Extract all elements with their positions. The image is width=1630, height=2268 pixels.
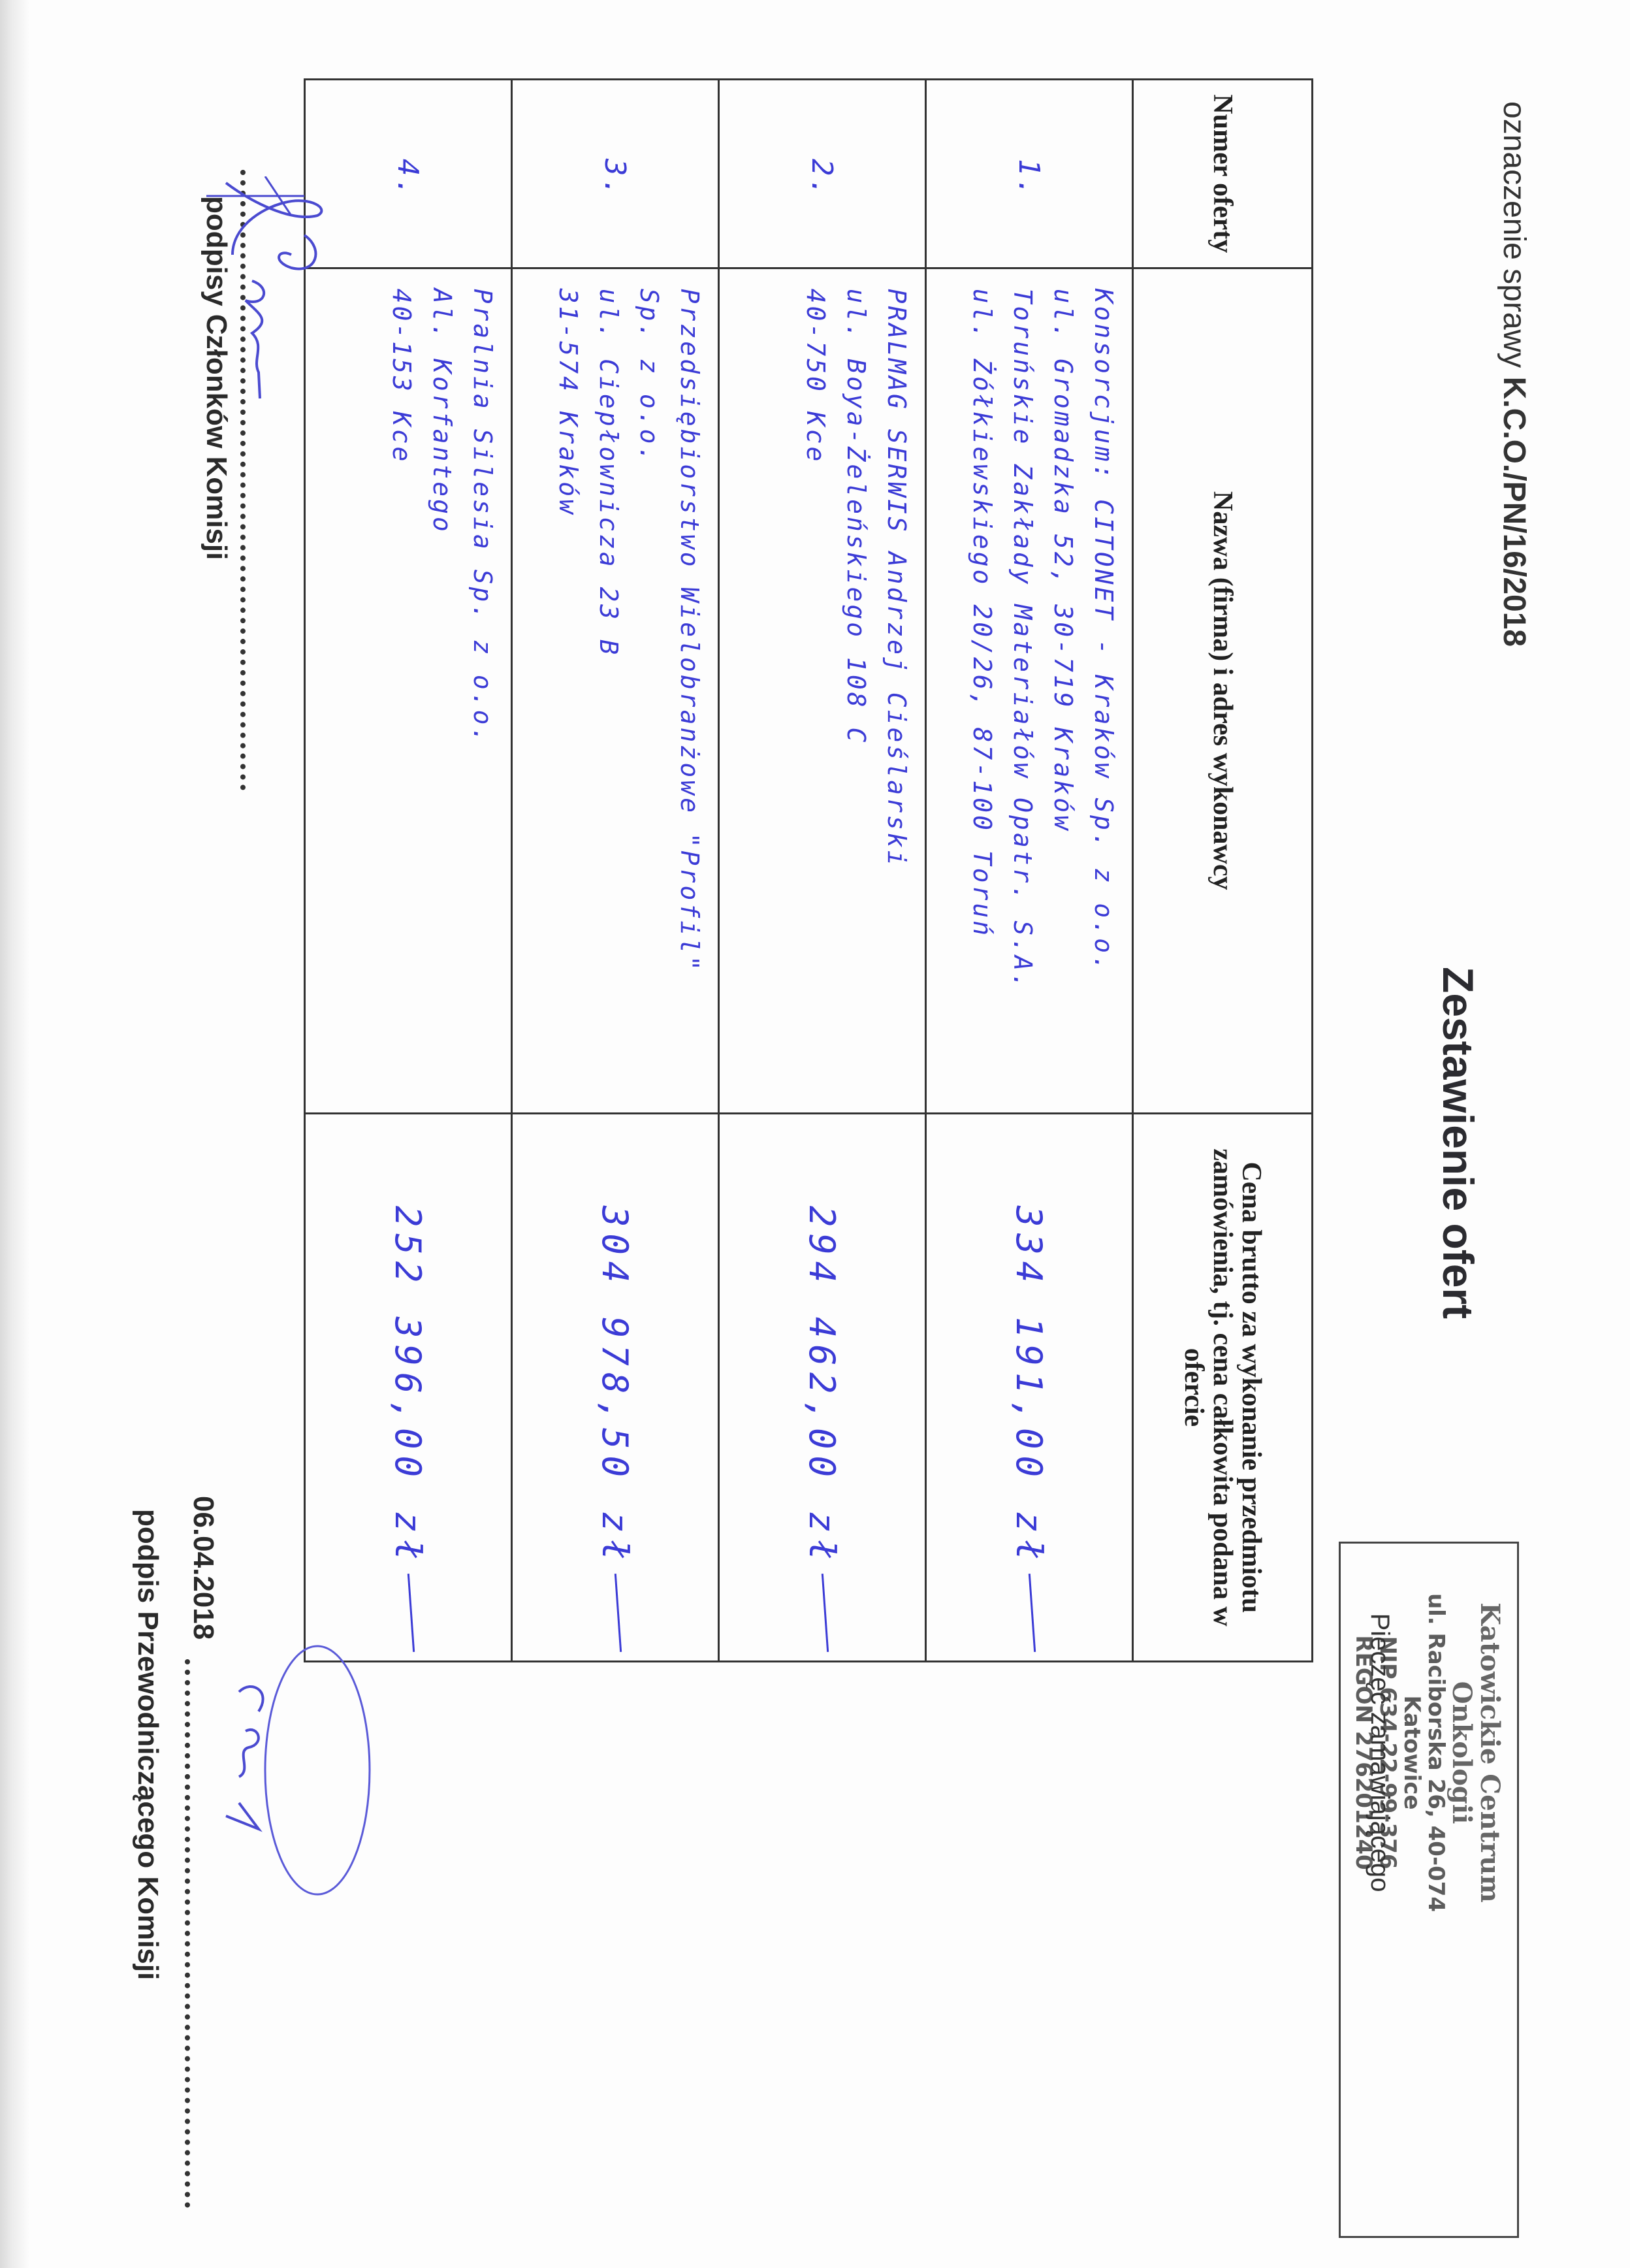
offer-number: 3. <box>512 80 719 268</box>
gross-price: 252 396,00 zł <box>305 1113 512 1661</box>
contractor-name-address: Przedsiębiorstwo Wielobranżowe "Profil"S… <box>512 268 719 1113</box>
gross-price: 304 978,50 zł <box>512 1113 719 1661</box>
case-reference: oznaczenie sprawy K.C.O./PN/16/2018 <box>1496 101 1532 647</box>
gross-price-value: 294 462,00 zł <box>802 1206 843 1567</box>
contractor-line: PRALMAG SERWIS Andrzej Cieślarski <box>876 289 917 1093</box>
gross-price-value: 252 396,00 zł <box>388 1206 429 1567</box>
signature-date: 06.04.2018 <box>187 1496 219 1640</box>
table-row: 2.PRALMAG SERWIS Andrzej Cieślarskiul. B… <box>719 80 926 1662</box>
gross-price-value: 334 191,00 zł <box>1009 1206 1050 1567</box>
contractor-name-address: PRALMAG SERWIS Andrzej Cieślarskiul. Boy… <box>719 268 926 1113</box>
price-underline <box>1029 1574 1036 1652</box>
members-signature-label: podpisy Członków Komisji <box>200 196 232 560</box>
contractor-name-address: Pralnia Silesia Sp. z o.o.Al. Korfantego… <box>305 268 512 1113</box>
price-underline <box>822 1574 829 1652</box>
document-page: oznaczenie sprawy K.C.O./PN/16/2018 Zest… <box>0 0 1630 2268</box>
table-row: 1.Konsorcjum: CITONET - Kraków Sp. z o.o… <box>926 80 1133 1662</box>
gross-price: 334 191,00 zł <box>926 1113 1133 1661</box>
chair-signature-icon <box>193 1620 389 1920</box>
contractor-line: ul. Boya-Żeleńskiego 108 C <box>836 289 876 1093</box>
offer-number: 1. <box>926 80 1133 268</box>
contractor-line: Toruńskie Zakłady Materiałów Opatr. S.A. <box>1002 289 1043 1093</box>
offer-number: 4. <box>305 80 512 268</box>
contractor-name-address: Konsorcjum: CITONET - Kraków Sp. z o.o.u… <box>926 268 1133 1113</box>
table-header-row: Numer oferty Nazwa (firma) i adres wykon… <box>1133 80 1313 1662</box>
contractor-line: 31-574 Kraków <box>548 289 588 1093</box>
price-underline <box>407 1574 415 1652</box>
header-offer-number: Numer oferty <box>1133 80 1313 268</box>
contractor-line: ul. Żółkiewskiego 20/26, 87-100 Toruń <box>962 289 1002 1093</box>
offer-number: 2. <box>719 80 926 268</box>
contractor-line: Sp. z o.o. <box>629 289 669 1093</box>
stamp-label: Pieczęć zamawiającego <box>1365 1544 1394 1962</box>
contractor-line: ul. Ciepłownicza 23 B <box>588 289 629 1093</box>
contractor-line: 40-153 Kce <box>381 289 422 1093</box>
case-label: oznaczenie sprawy <box>1497 101 1531 368</box>
page-title: Zestawienie ofert <box>1433 967 1483 1319</box>
offers-table: Numer oferty Nazwa (firma) i adres wykon… <box>304 78 1313 1662</box>
table-row: 3.Przedsiębiorstwo Wielobranżowe "Profil… <box>512 80 719 1662</box>
price-underline <box>615 1574 622 1652</box>
stamp-box: Katowickie Centrum Onkologii ul. Racibor… <box>1339 1542 1519 2238</box>
contractor-line: Al. Korfantego <box>422 289 462 1093</box>
header-contractor-name: Nazwa (firma) i adres wykonawcy <box>1133 268 1313 1113</box>
gross-price: 294 462,00 zł <box>719 1113 926 1661</box>
contractor-line: 40-750 Kce <box>795 289 836 1093</box>
scan-edge-artifact <box>0 0 30 2268</box>
chair-signature-label: podpis Przewodniczącego Komisji <box>131 1509 164 1980</box>
contractor-line: Przedsiębiorstwo Wielobranżowe "Profil" <box>669 289 710 1093</box>
contractor-line: Konsorcjum: CITONET - Kraków Sp. z o.o. <box>1083 289 1124 1093</box>
header-gross-price: Cena brutto za wykonanie przedmiotu zamó… <box>1133 1113 1313 1661</box>
table-row: 4.Pralnia Silesia Sp. z o.o.Al. Korfante… <box>305 80 512 1662</box>
stamp-org-name: Katowickie Centrum Onkologii <box>1448 1570 1504 1936</box>
case-number: K.C.O./PN/16/2018 <box>1497 377 1531 647</box>
contractor-line: ul. Gromadzka 52, 30-719 Kraków <box>1043 289 1083 1093</box>
offers-table-body: 1.Konsorcjum: CITONET - Kraków Sp. z o.o… <box>305 80 1133 1662</box>
chair-signature-line <box>185 1659 190 2208</box>
stamp-address: ul. Raciborska 26, 40-074 Katowice <box>1399 1570 1447 1936</box>
contractor-line: Pralnia Silesia Sp. z o.o. <box>462 289 503 1093</box>
gross-price-value: 304 978,50 zł <box>595 1206 636 1567</box>
